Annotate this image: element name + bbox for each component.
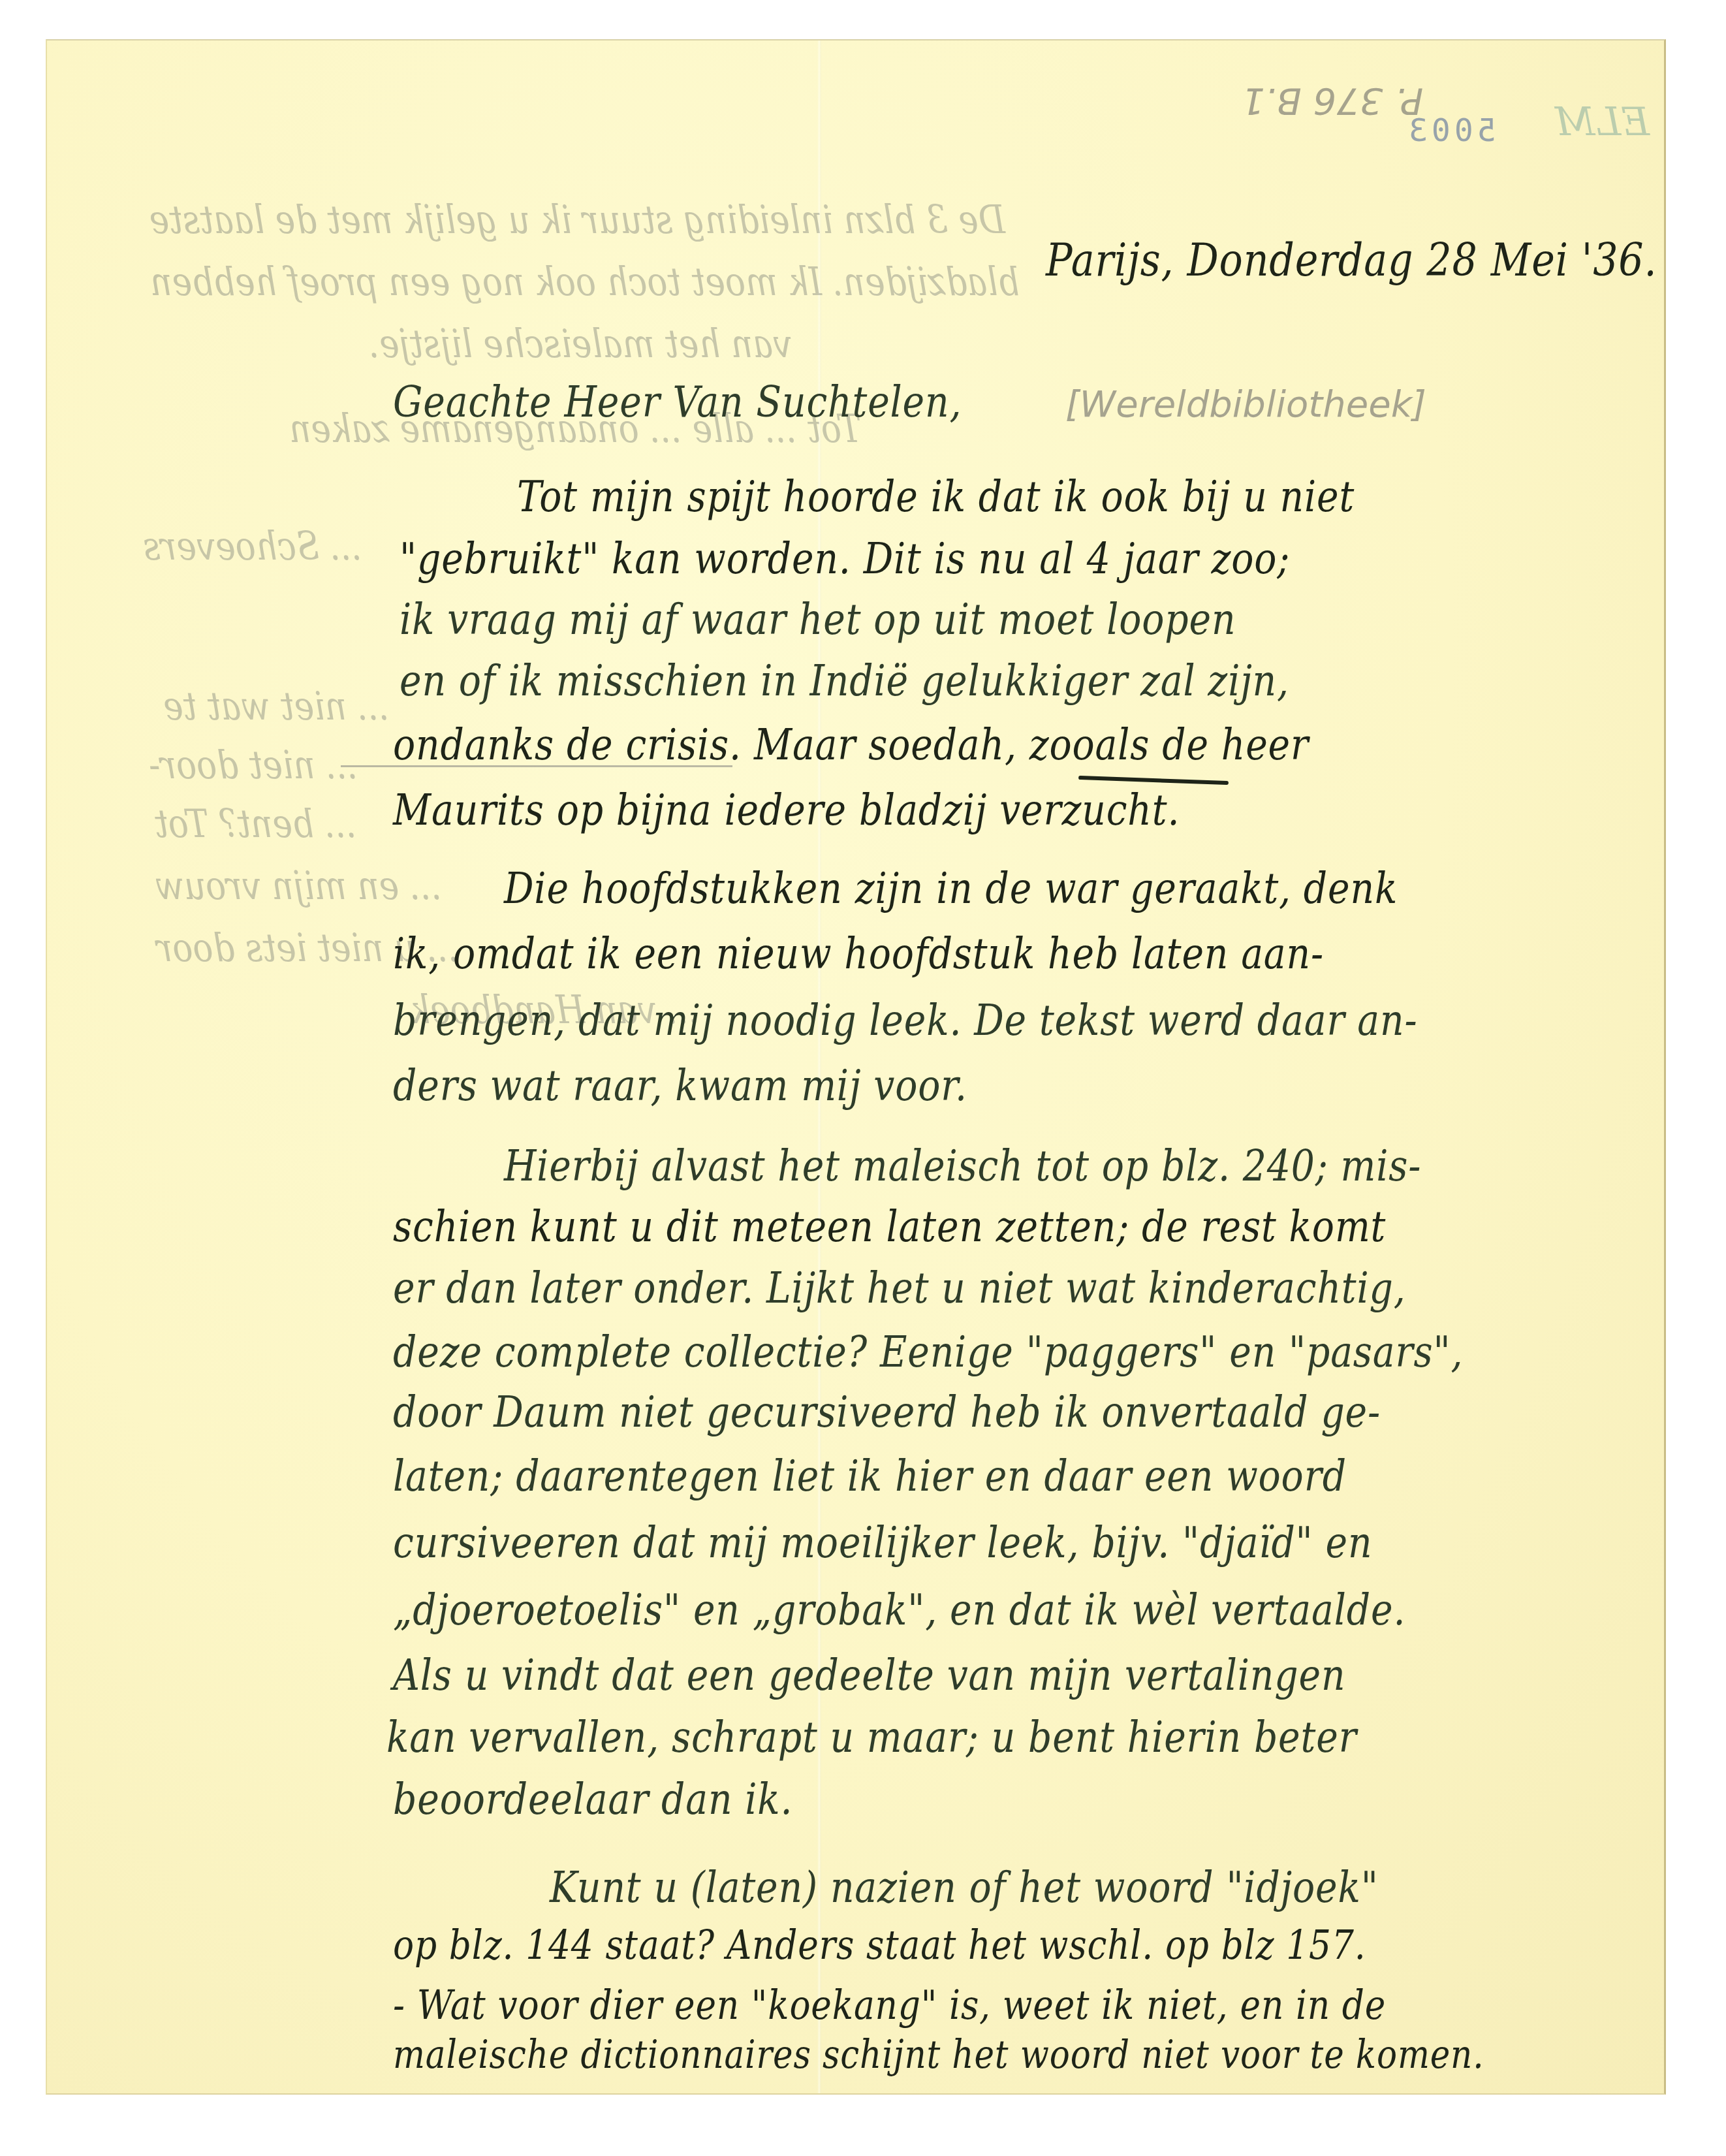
letter-line: - Wat voor dier een "koekang" is, weet i… [393, 1981, 1386, 2029]
letter-line: Hierbij alvast het maleisch tot op blz. … [504, 1141, 1421, 1191]
bleed-through-line: ... Schoevers [143, 524, 362, 569]
letter-line: maleische dictionnaires schijnt het woor… [393, 2032, 1484, 2078]
letter-line: Die hoofdstukken zijn in de war geraakt,… [504, 863, 1398, 913]
letter-line: beoordeelaar dan ik. [393, 1774, 792, 1824]
letter-line: „djoeroetoelis" en „grobak", en dat ik w… [393, 1585, 1405, 1635]
letter-line: er dan later onder. Lijkt het u niet wat… [393, 1263, 1406, 1313]
letter-line: ik, omdat ik een nieuw hoofdstuk heb lat… [393, 928, 1324, 979]
letter-page: De 3 blzn inleiding stuur ik u gelijk me… [46, 39, 1666, 2095]
pencil-underline [341, 765, 732, 767]
letter-line: en of ik misschien in Indië gelukkiger z… [400, 656, 1289, 706]
bleed-through-line: De 3 blzn inleiding stuur ik u gelijk me… [149, 197, 1005, 243]
letter-line: ik vraag mij af waar het op uit moet loo… [400, 594, 1236, 644]
letter-line: op blz. 144 staat? Anders staat het wsch… [393, 1921, 1366, 1969]
letter-line: brengen, dat mij noodig leek. De tekst w… [393, 995, 1417, 1045]
pencil-annotation: [Wereldbibliotheek] [1065, 383, 1426, 426]
letter-line: Als u vindt dat een gedeelte van mijn ve… [393, 1650, 1345, 1700]
letter-line: door Daum niet gecursiveerd heb ik onver… [393, 1387, 1381, 1437]
letter-line: ders wat raar, kwam mij voor. [393, 1060, 967, 1111]
letter-line: kan vervallen, schrapt u maar; u bent hi… [386, 1712, 1357, 1762]
soedah-underline [1078, 776, 1229, 785]
letter-line: Kunt u (laten) nazien of het woord "idjo… [550, 1862, 1379, 1912]
letter-line: Maurits op bijna iedere bladzij verzucht… [393, 785, 1180, 835]
bleed-through-line: ... en mijn vrouw [155, 863, 442, 909]
bleed-through-line: ... niet wat te [163, 684, 389, 729]
letter-line: deze complete collectie? Eenige "paggers… [393, 1327, 1463, 1377]
letter-line: cursiveeren dat mij moeilijker leek, bij… [393, 1517, 1372, 1568]
archive-stamp-number: 5003 [1405, 112, 1496, 149]
letter-line: "gebruikt" kan worden. Dit is nu al 4 ja… [400, 533, 1290, 584]
letter-line: Tot mijn spijt hoorde ik dat ik ook bij … [517, 471, 1355, 522]
bleed-through-line: ... bent? Tot [155, 801, 356, 847]
archive-stamp-monogram: ELM [1555, 99, 1650, 145]
letter-line: schien kunt u dit meteen laten zetten; d… [393, 1201, 1386, 1252]
bleed-through-line: van het maleische lijstje. [369, 321, 792, 367]
bleed-through-line: ... niet door- [149, 742, 358, 788]
letter-line: ondanks de crisis. Maar soedah, zooals d… [393, 720, 1309, 770]
salutation: Geachte Heer Van Suchtelen, [393, 377, 962, 427]
letter-line: laten; daarentegen liet ik hier en daar … [393, 1451, 1347, 1501]
bleed-through-line: bladzijden. Ik moet toch ook nog een pro… [150, 259, 1019, 305]
pencil-shelfmark: P. 376 B.1 [1242, 80, 1423, 122]
dateline: Parijs, Donderdag 28 Mei '36. [1046, 233, 1657, 287]
